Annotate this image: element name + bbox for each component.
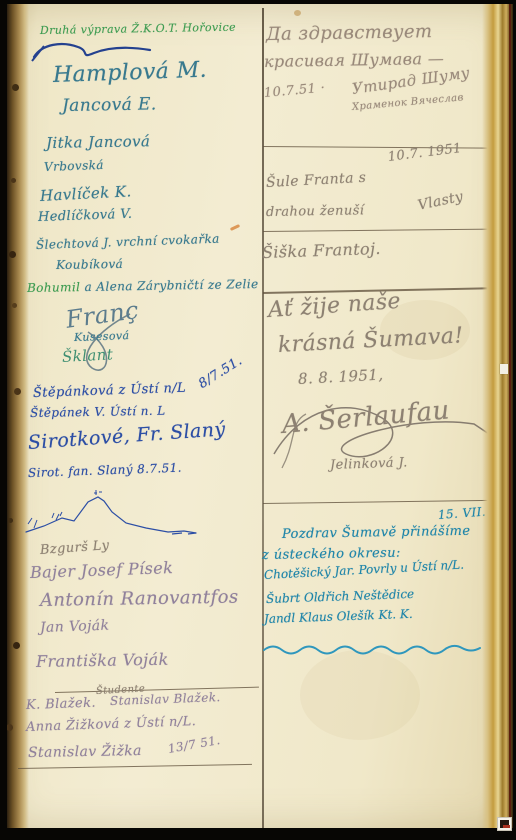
russian-greeting-line2: красивая Шумава — xyxy=(264,49,445,71)
signature-jelinkova: Jelinková J. xyxy=(330,455,408,473)
corner-marker-inner xyxy=(500,820,509,828)
signature-jitka-jancova: Jitka Jancová xyxy=(46,132,151,152)
signature-stanislav-zizka: Stanislav Žižka xyxy=(28,743,142,761)
scan-border-bottom xyxy=(0,828,516,840)
corner-marker-icon[interactable] xyxy=(497,817,512,831)
signature-jan-vojak: Jan Voják xyxy=(40,618,110,636)
scan-border-left xyxy=(0,0,7,840)
scan-artifact xyxy=(500,364,508,374)
signature-jancova: Jancová E. xyxy=(62,94,157,116)
guestbook-scan: Druhá výprava Ž.K.O.T. Hořovice Hamplová… xyxy=(0,0,516,840)
signature-sklant: Šklant xyxy=(62,345,114,366)
signature-sule-line2: drahou ženuší xyxy=(266,203,365,220)
signature-koubikova: Koubíková xyxy=(56,257,123,272)
page-edge-red-line xyxy=(509,4,511,830)
signature-vrbovska: Vrbovská xyxy=(44,158,104,174)
signature-frantiska-vojak: Františka Voják xyxy=(36,650,169,671)
signature-blazek: K. Blažek. xyxy=(26,696,96,713)
pozdrav-line2: z ústeckého okresu: xyxy=(262,546,401,563)
minus-bar-icon xyxy=(503,825,510,828)
signature-stepanek: Štěpánek V. Ústí n. L xyxy=(30,404,166,420)
mountain-sketch xyxy=(22,488,202,540)
scan-border-top xyxy=(0,0,516,4)
gutter-specks xyxy=(7,4,10,7)
paper-stain xyxy=(294,10,301,16)
paper-stain xyxy=(300,650,420,740)
russian-greeting-line1: Да здравствует xyxy=(266,21,433,45)
wavy-underline xyxy=(262,640,490,656)
signature-kusesova: Kusesová xyxy=(74,329,130,344)
signature-antonin: Antonín Ranovantfos xyxy=(40,587,239,611)
signature-zarybnicti-first: Bohumil xyxy=(27,280,81,295)
